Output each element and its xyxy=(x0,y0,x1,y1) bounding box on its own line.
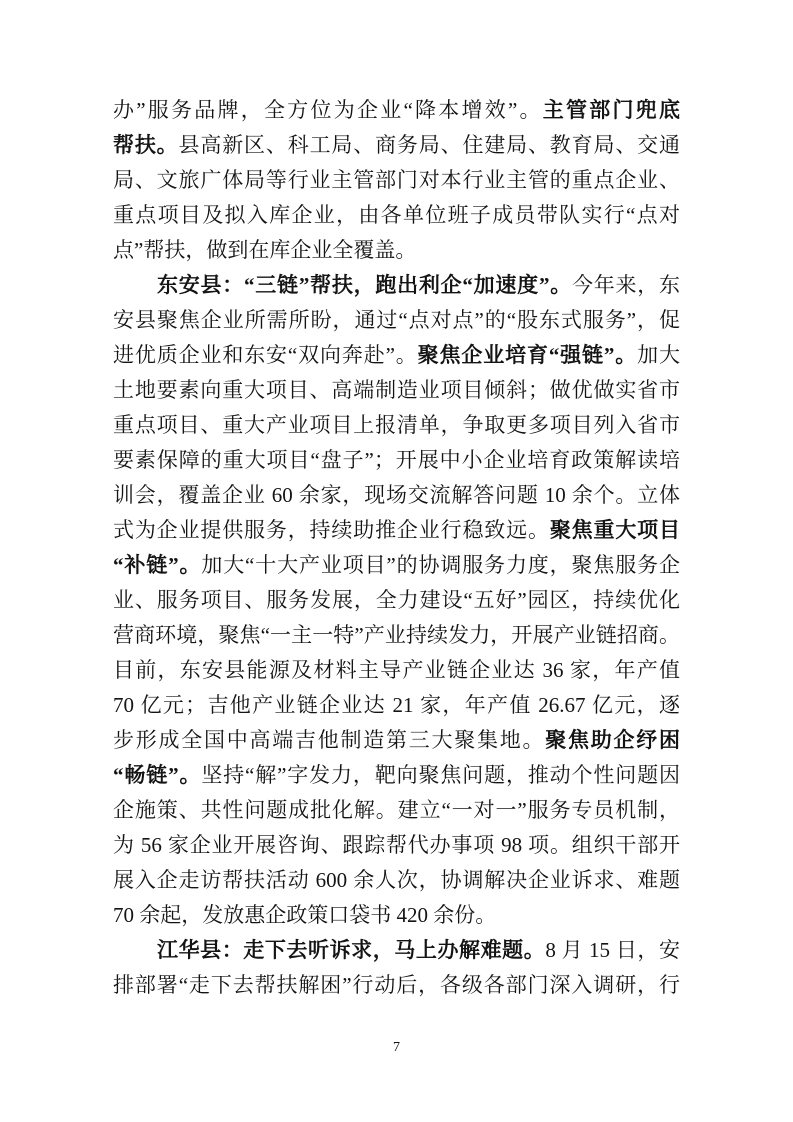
text-line: 帮扶。县高新区、科工局、商务局、住建局、教育局、交通 xyxy=(113,128,680,163)
bold-text-segment: 聚焦助企纾困 xyxy=(545,728,680,752)
text-line: 70 余起，发放惠企政策口袋书 420 余份。 xyxy=(113,898,680,933)
text-segment: 今年来，东 xyxy=(572,273,680,297)
text-line: 式为企业提供服务，持续助推企业行稳致远。聚焦重大项目 xyxy=(113,513,680,548)
text-segment: 加大“十大产业项目”的协调服务力度，聚焦服务企 xyxy=(201,553,680,577)
text-segment: 进优质企业和东安“双向奔赴”。 xyxy=(113,343,418,367)
bold-text-segment: 东安县：“三链”帮扶，跑出利企“加速度”。 xyxy=(157,273,572,297)
bold-text-segment: “补链”。 xyxy=(113,553,201,577)
text-segment: 局、文旅广体局等行业主管部门对本行业主管的重点企业、 xyxy=(113,168,680,192)
text-line: 重点项目及拟入库企业，由各单位班子成员带队实行“点对 xyxy=(113,198,680,233)
text-segment: 坚持“解”字发力，靶向聚焦问题，推动个性问题因 xyxy=(201,763,680,787)
text-segment: 步形成全国中高端吉他制造第三大聚集地。 xyxy=(113,728,545,752)
text-segment: 土地要素向重大项目、高端制造业项目倾斜；做优做实省市 xyxy=(113,378,680,402)
text-line: 为 56 家企业开展咨询、跟踪帮代办事项 98 项。组织干部开 xyxy=(113,828,680,863)
text-line: 点”帮扶，做到在库企业全覆盖。 xyxy=(113,233,680,268)
text-segment: 点”帮扶，做到在库企业全覆盖。 xyxy=(113,238,416,262)
text-line: 办”服务品牌，全方位为企业“降本增效”。主管部门兜底 xyxy=(113,93,680,128)
text-line: 企施策、共性问题成批化解。建立“一对一”服务专员机制， xyxy=(113,793,680,828)
text-line: “畅链”。坚持“解”字发力，靶向聚焦问题，推动个性问题因 xyxy=(113,758,680,793)
page-number: 7 xyxy=(0,1040,793,1056)
bold-text-segment: 聚焦企业培育“强链”。 xyxy=(418,343,638,367)
text-block: 办”服务品牌，全方位为企业“降本增效”。主管部门兜底帮扶。县高新区、科工局、商务… xyxy=(113,93,680,1003)
text-line: 局、文旅广体局等行业主管部门对本行业主管的重点企业、 xyxy=(113,163,680,198)
text-line: 目前，东安县能源及材料主导产业链企业达 36 家，年产值 xyxy=(113,653,680,688)
text-line: 要素保障的重大项目“盘子”；开展中小企业培育政策解读培 xyxy=(113,443,680,478)
text-line: 展入企走访帮扶活动 600 余人次，协调解决企业诉求、难题 xyxy=(113,863,680,898)
text-line: 业、服务项目、服务发展，全力建设“五好”园区，持续优化 xyxy=(113,583,680,618)
text-segment: 展入企走访帮扶活动 600 余人次，协调解决企业诉求、难题 xyxy=(113,868,680,892)
text-segment: 加大 xyxy=(637,343,680,367)
text-segment: 业、服务项目、服务发展，全力建设“五好”园区，持续优化 xyxy=(113,588,680,612)
text-segment: 式为企业提供服务，持续助推企业行稳致远。 xyxy=(113,518,550,542)
text-line: 进优质企业和东安“双向奔赴”。聚焦企业培育“强链”。加大 xyxy=(113,338,680,373)
text-segment: 办”服务品牌，全方位为企业“降本增效”。 xyxy=(113,98,543,122)
text-segment: 目前，东安县能源及材料主导产业链企业达 36 家，年产值 xyxy=(113,658,680,682)
text-line: 安县聚焦企业所需所盼，通过“点对点”的“股东式服务”，促 xyxy=(113,303,680,338)
text-segment: 企施策、共性问题成批化解。建立“一对一”服务专员机制， xyxy=(113,798,680,822)
text-line: 排部署“走下去帮扶解困”行动后，各级各部门深入调研，行 xyxy=(113,968,680,1003)
text-line: 训会，覆盖企业 60 余家，现场交流解答问题 10 余个。立体 xyxy=(113,478,680,513)
text-line: 营商环境，聚焦“一主一特”产业持续发力，开展产业链招商。 xyxy=(113,618,680,653)
text-line: “补链”。加大“十大产业项目”的协调服务力度，聚焦服务企 xyxy=(113,548,680,583)
text-segment: 要素保障的重大项目“盘子”；开展中小企业培育政策解读培 xyxy=(113,448,680,472)
text-line: 土地要素向重大项目、高端制造业项目倾斜；做优做实省市 xyxy=(113,373,680,408)
text-segment: 70 亿元；吉他产业链企业达 21 家，年产值 26.67 亿元，逐 xyxy=(113,693,680,717)
text-segment: 为 56 家企业开展咨询、跟踪帮代办事项 98 项。组织干部开 xyxy=(113,833,680,857)
text-segment: 营商环境，聚焦“一主一特”产业持续发力，开展产业链招商。 xyxy=(113,623,680,647)
bold-text-segment: 聚焦重大项目 xyxy=(550,518,680,542)
bold-text-segment: 帮扶。 xyxy=(113,133,179,157)
bold-text-segment: “畅链”。 xyxy=(113,763,201,787)
text-segment: 训会，覆盖企业 60 余家，现场交流解答问题 10 余个。立体 xyxy=(113,483,680,507)
text-segment: 县高新区、科工局、商务局、住建局、教育局、交通 xyxy=(179,133,680,157)
text-line: 步形成全国中高端吉他制造第三大聚集地。聚焦助企纾困 xyxy=(113,723,680,758)
text-segment: 排部署“走下去帮扶解困”行动后，各级各部门深入调研，行 xyxy=(113,973,680,997)
bold-text-segment: 江华县：走下去听诉求，马上办解难题。 xyxy=(157,938,545,962)
text-segment: 重点项目及拟入库企业，由各单位班子成员带队实行“点对 xyxy=(113,203,680,227)
text-segment: 8 月 15 日，安 xyxy=(545,938,680,962)
text-segment: 重点项目、重大产业项目上报清单，争取更多项目列入省市 xyxy=(113,413,680,437)
text-line: 70 亿元；吉他产业链企业达 21 家，年产值 26.67 亿元，逐 xyxy=(113,688,680,723)
text-line: 东安县：“三链”帮扶，跑出利企“加速度”。今年来，东 xyxy=(113,268,680,303)
bold-text-segment: 主管部门兜底 xyxy=(543,98,680,122)
text-line: 江华县：走下去听诉求，马上办解难题。8 月 15 日，安 xyxy=(113,933,680,968)
text-segment: 70 余起，发放惠企政策口袋书 420 余份。 xyxy=(113,903,496,927)
text-line: 重点项目、重大产业项目上报清单，争取更多项目列入省市 xyxy=(113,408,680,443)
text-segment: 安县聚焦企业所需所盼，通过“点对点”的“股东式服务”，促 xyxy=(113,308,680,332)
document-page: 办”服务品牌，全方位为企业“降本增效”。主管部门兜底帮扶。县高新区、科工局、商务… xyxy=(0,0,793,1122)
